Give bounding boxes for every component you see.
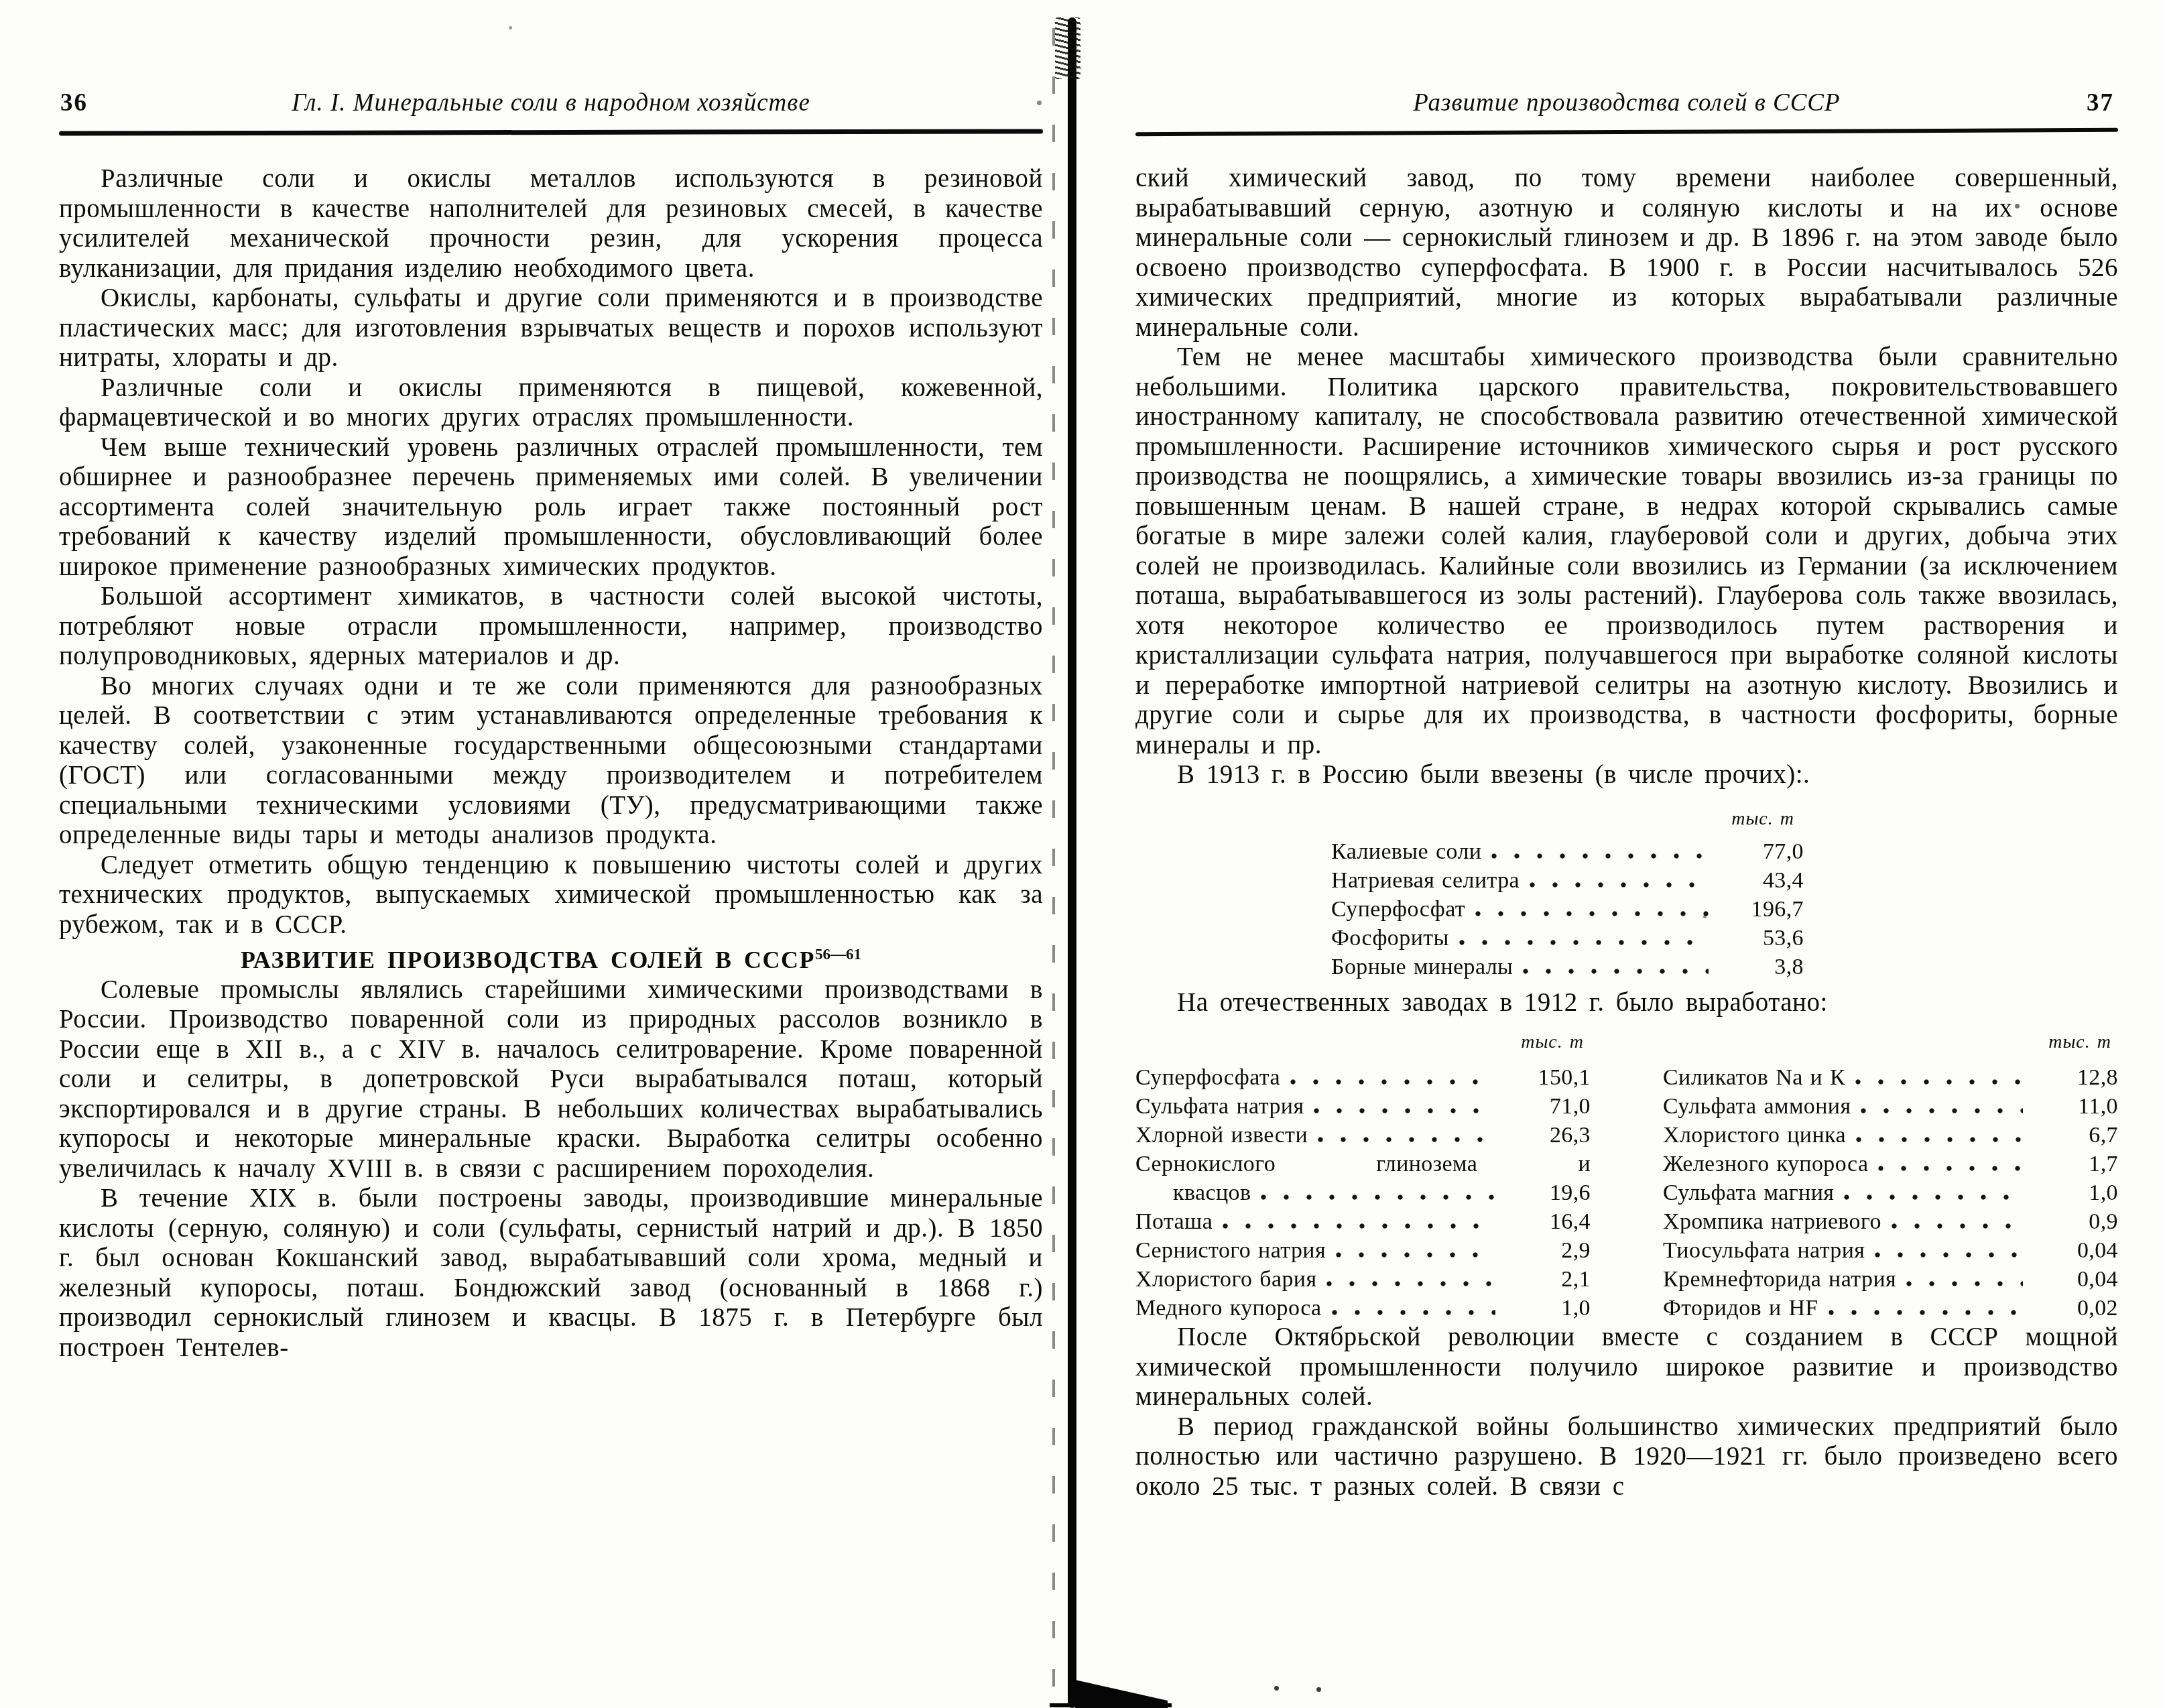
row-value: 11,0 bbox=[2032, 1092, 2118, 1121]
row-value: 150,1 bbox=[1505, 1063, 1591, 1092]
row-value: 1,0 bbox=[1505, 1294, 1591, 1323]
dot-leader bbox=[1331, 1308, 1495, 1317]
binding-shadow-bar bbox=[1068, 17, 1076, 1708]
page-left: 36 Гл. I. Минеральные соли в народном хо… bbox=[59, 86, 1043, 1363]
row-label: Суперфосфат bbox=[1331, 895, 1465, 924]
paragraph: Следует отметить общую тенденцию к повыш… bbox=[59, 851, 1043, 940]
row-value: 2,1 bbox=[1505, 1265, 1591, 1294]
table-row: Суперфосфата 150,1 bbox=[1135, 1063, 1591, 1092]
page-number-right: 37 bbox=[2087, 86, 2114, 121]
table-row: Натриевая селитра 43,4 bbox=[1331, 866, 1804, 895]
table-row: Суперфосфат 196,7 bbox=[1331, 895, 1804, 924]
production-table-left-column: тыс. т Суперфосфата 150,1 Сульфата натри… bbox=[1135, 1031, 1591, 1323]
row-label: Сульфата магния bbox=[1663, 1178, 1834, 1207]
row-value: 77,0 bbox=[1718, 837, 1804, 866]
row-label: Кремнефторида натрия bbox=[1663, 1265, 1896, 1294]
table-row: Сульфата магния 1,0 bbox=[1663, 1178, 2118, 1207]
paragraph: Окислы, карбонаты, сульфаты и другие сол… bbox=[59, 284, 1043, 373]
table-row: Сульфата аммония 11,0 bbox=[1663, 1092, 2118, 1121]
table-row: Сернистого натрия 2,9 bbox=[1135, 1236, 1591, 1265]
page-right: Развитие производства солей в СССР 37 ск… bbox=[1135, 86, 2118, 1502]
dot-leader bbox=[1855, 1078, 2023, 1086]
dot-leader bbox=[1313, 1107, 1495, 1115]
dot-leader bbox=[1843, 1193, 2023, 1201]
table-row-wrapped-label: Сернокислого глинозема и bbox=[1135, 1150, 1591, 1178]
row-label: Фосфориты bbox=[1331, 924, 1449, 953]
dot-leader bbox=[1326, 1280, 1495, 1288]
row-label: Борные минералы bbox=[1331, 953, 1513, 981]
paragraph: Чем выше технический уровень различных о… bbox=[59, 433, 1043, 583]
table-row: Борные минералы 3,8 bbox=[1331, 953, 1804, 981]
dot-leader bbox=[1860, 1107, 2023, 1115]
dot-leader bbox=[1855, 1136, 2023, 1144]
table-row: Железного купороса 1,7 bbox=[1663, 1150, 2118, 1178]
row-value: 0,9 bbox=[2032, 1207, 2118, 1236]
unit-header: тыс. т bbox=[1663, 1031, 2118, 1054]
paragraph: Различные соли и окислы металлов использ… bbox=[59, 164, 1043, 284]
row-value: 0,02 bbox=[2032, 1294, 2118, 1323]
production-table-right-column: тыс. т Силикатов Na и К 12,8 Сульфата ам… bbox=[1663, 1031, 2118, 1323]
paragraph: Солевые промыслы являлись старейшими хим… bbox=[59, 975, 1043, 1184]
dot-leader bbox=[1522, 967, 1709, 975]
row-label: Калиевые соли bbox=[1331, 837, 1481, 866]
dot-leader bbox=[1906, 1280, 2023, 1288]
dot-leader bbox=[1317, 1136, 1495, 1144]
dot-leader bbox=[1891, 1222, 2023, 1230]
paragraph: Тем не менее масштабы химического произв… bbox=[1135, 343, 2118, 760]
book-scan: { "unit_header": "тыс. т", "left_page": … bbox=[0, 0, 2165, 1708]
running-head-left: 36 Гл. I. Минеральные соли в народном хо… bbox=[59, 86, 1043, 121]
paragraph: Во многих случаях одни и те же соли прим… bbox=[59, 672, 1043, 851]
imports-table-1913: тыс. т Калиевые соли 77,0 Натриевая сели… bbox=[1331, 808, 1804, 981]
table-row: Хлористого бария 2,1 bbox=[1135, 1265, 1591, 1294]
header-rule-left bbox=[59, 129, 1043, 135]
table-row: Хромпика натриевого 0,9 bbox=[1663, 1207, 2118, 1236]
gutter-bottom-line bbox=[1050, 1703, 1172, 1707]
row-label: Железного купороса bbox=[1663, 1150, 1868, 1178]
dot-leader bbox=[1529, 881, 1709, 889]
table-row: Тиосульфата натрия 0,04 bbox=[1663, 1236, 2118, 1265]
unit-header: тыс. т bbox=[1135, 1031, 1591, 1054]
table-row: Хлористого цинка 6,7 bbox=[1663, 1121, 2118, 1150]
paragraph: После Октябрьской революции вместе с соз… bbox=[1135, 1323, 2118, 1412]
row-label: Хлорной извести bbox=[1135, 1121, 1308, 1150]
row-value: 0,04 bbox=[2032, 1265, 2118, 1294]
running-head-title-left: Гл. I. Минеральные соли в народном хозяй… bbox=[59, 86, 1043, 121]
body-text-left: Различные соли и окислы металлов использ… bbox=[59, 164, 1043, 1363]
row-value: 19,6 bbox=[1505, 1178, 1591, 1207]
scan-speckles bbox=[0, 0, 2, 2]
row-label: Поташа bbox=[1135, 1207, 1213, 1236]
dot-leader bbox=[1874, 1251, 2023, 1259]
row-value: 6,7 bbox=[2032, 1121, 2118, 1150]
table-row: Фосфориты 53,6 bbox=[1331, 924, 1804, 953]
table-row: Поташа 16,4 bbox=[1135, 1207, 1591, 1236]
row-value: 196,7 bbox=[1718, 895, 1804, 924]
row-label: Сернистого натрия bbox=[1135, 1236, 1326, 1265]
row-value: 12,8 bbox=[2032, 1063, 2118, 1092]
table-row: Калиевые соли 77,0 bbox=[1331, 837, 1804, 866]
table-row: квасцов 19,6 bbox=[1135, 1178, 1591, 1207]
row-value: 1,0 bbox=[2032, 1178, 2118, 1207]
paragraph: Различные соли и окислы применяются в пи… bbox=[59, 373, 1043, 433]
dot-leader bbox=[1491, 852, 1709, 860]
dot-leader bbox=[1290, 1078, 1495, 1086]
row-label: Хромпика натриевого bbox=[1663, 1207, 1881, 1236]
section-heading-text: РАЗВИТИЕ ПРОИЗВОДСТВА СОЛЕЙ В СССР bbox=[241, 947, 815, 973]
section-heading-footnote-ref: 56—61 bbox=[815, 946, 861, 963]
gutter-top-mark bbox=[1055, 17, 1080, 79]
row-label: Хлористого цинка bbox=[1663, 1121, 1846, 1150]
row-value: 43,4 bbox=[1718, 866, 1804, 895]
row-value: 53,6 bbox=[1718, 924, 1804, 953]
row-value: 2,9 bbox=[1505, 1236, 1591, 1265]
gutter-shadow-streak bbox=[1052, 28, 1055, 1703]
row-label: Силикатов Na и К bbox=[1663, 1063, 1845, 1092]
paragraph: В течение XIX в. были построены заводы, … bbox=[59, 1184, 1043, 1363]
dot-leader bbox=[1877, 1164, 2023, 1172]
dot-leader bbox=[1260, 1193, 1495, 1201]
row-value: 26,3 bbox=[1505, 1121, 1591, 1150]
dot-leader bbox=[1222, 1222, 1495, 1230]
row-label: Суперфосфата bbox=[1135, 1063, 1280, 1092]
table-row: Силикатов Na и К 12,8 bbox=[1663, 1063, 2118, 1092]
production-intro-line: На отечественных заводах в 1912 г. было … bbox=[1135, 988, 2118, 1018]
row-value: 1,7 bbox=[2032, 1150, 2118, 1178]
dot-leader bbox=[1828, 1308, 2023, 1317]
section-heading: РАЗВИТИЕ ПРОИЗВОДСТВА СОЛЕЙ В СССР56—61 bbox=[59, 940, 1043, 975]
row-label: Сернокислого глинозема и bbox=[1135, 1150, 1591, 1178]
row-label: Фторидов и HF bbox=[1663, 1294, 1818, 1323]
page-number-left: 36 bbox=[60, 86, 88, 121]
row-label: Сульфата аммония bbox=[1663, 1092, 1851, 1121]
table-row: Сульфата натрия 71,0 bbox=[1135, 1092, 1591, 1121]
paragraph: В период гражданской войны большинство х… bbox=[1135, 1412, 2118, 1502]
paragraph: ский химический завод, по тому времени н… bbox=[1135, 164, 2118, 343]
table-row: Хлорной извести 26,3 bbox=[1135, 1121, 1591, 1150]
row-label: Тиосульфата натрия bbox=[1663, 1236, 1865, 1265]
body-text-right: ский химический завод, по тому времени н… bbox=[1135, 164, 2118, 1502]
dot-leader bbox=[1475, 910, 1709, 918]
running-head-right: Развитие производства солей в СССР 37 bbox=[1135, 86, 2118, 121]
unit-header: тыс. т bbox=[1331, 808, 1804, 831]
production-table-1912: тыс. т Суперфосфата 150,1 Сульфата натри… bbox=[1135, 1031, 2118, 1323]
running-head-title-right: Развитие производства солей в СССР bbox=[1135, 86, 2118, 121]
header-rule-right bbox=[1135, 128, 2118, 136]
row-label: Хлористого бария bbox=[1135, 1265, 1316, 1294]
dot-leader bbox=[1459, 938, 1709, 947]
row-label-continuation: квасцов bbox=[1135, 1178, 1251, 1207]
row-label: Сульфата натрия bbox=[1135, 1092, 1304, 1121]
table-row: Кремнефторида натрия 0,04 bbox=[1663, 1265, 2118, 1294]
table-row: Медного купороса 1,0 bbox=[1135, 1294, 1591, 1323]
row-value: 3,8 bbox=[1718, 953, 1804, 981]
row-label: Медного купороса bbox=[1135, 1294, 1322, 1323]
imports-intro-line: В 1913 г. в Россию были ввезены (в числе… bbox=[1135, 760, 2118, 790]
row-value: 0,04 bbox=[2032, 1236, 2118, 1265]
row-value: 16,4 bbox=[1505, 1207, 1591, 1236]
dot-leader bbox=[1335, 1251, 1495, 1259]
row-label: Натриевая селитра bbox=[1331, 866, 1520, 895]
paragraph: Большой ассортимент химикатов, в частнос… bbox=[59, 582, 1043, 672]
table-row: Фторидов и HF 0,02 bbox=[1663, 1294, 2118, 1323]
row-value: 71,0 bbox=[1505, 1092, 1591, 1121]
